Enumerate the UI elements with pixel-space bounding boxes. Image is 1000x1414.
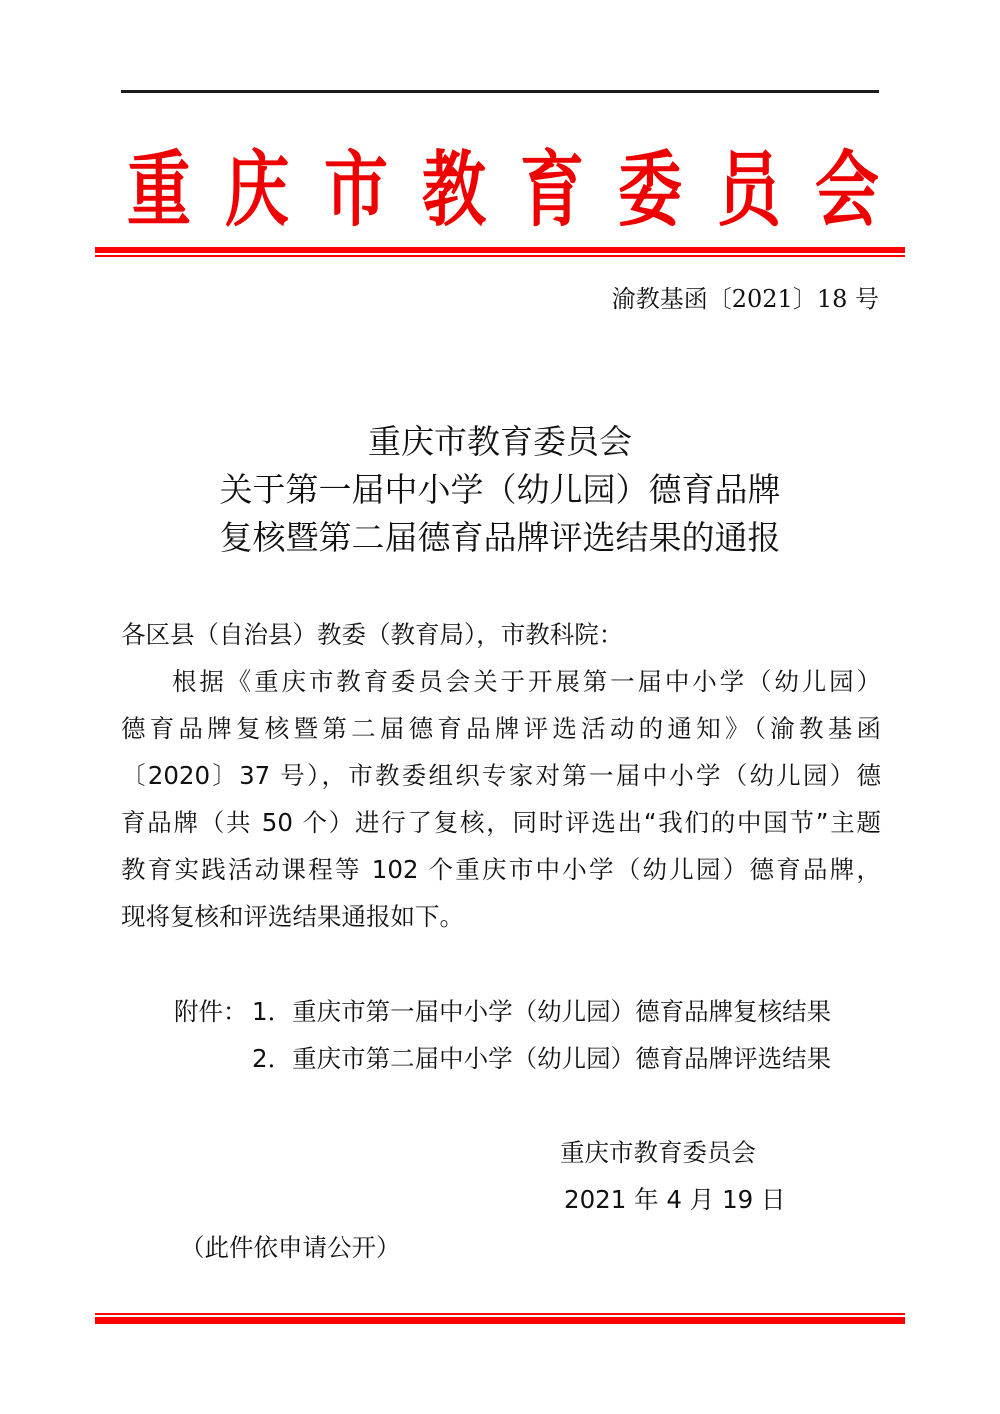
- masthead-char: 市: [324, 140, 388, 240]
- body-line: 教育实践活动课程等 102 个重庆市中小学（幼儿园）德育品牌，: [121, 853, 881, 887]
- title-line-3: 复核暨第二届德育品牌评选结果的通报: [0, 516, 1000, 560]
- body-line: 〔2020〕37 号），市教委组织专家对第一届中小学（幼儿园）德: [121, 759, 881, 793]
- top-divider: [121, 90, 879, 93]
- footer-red-rule-thick: [95, 1317, 905, 1324]
- salutation: 各区县（自治县）教委（教育局），市教科院：: [121, 618, 881, 652]
- body-line: 现将复核和评选结果通报如下。: [121, 900, 881, 934]
- masthead-char: 育: [520, 140, 584, 240]
- masthead-red-rule-thin: [95, 255, 905, 257]
- attachment-item-2: 2．重庆市第二届中小学（幼儿园）德育品牌评选结果: [252, 1042, 831, 1076]
- title-line-1: 重庆市教育委员会: [0, 420, 1000, 464]
- masthead-char: 庆: [225, 140, 289, 240]
- masthead-char: 会: [815, 140, 879, 240]
- masthead-char: 员: [717, 140, 781, 240]
- issue-date: 2021 年 4 月 19 日: [564, 1183, 786, 1217]
- body-line: 育品牌（共 50 个）进行了复核，同时评选出“我们的中国节”主题: [121, 806, 881, 840]
- masthead-char: 教: [422, 140, 486, 240]
- title-line-2: 关于第一届中小学（幼儿园）德育品牌: [0, 468, 1000, 512]
- body-line: 德育品牌复核暨第二届德育品牌评选活动的通知》（渝教基函: [121, 712, 881, 746]
- attachment-item-1: 1．重庆市第一届中小学（幼儿园）德育品牌复核结果: [252, 995, 831, 1029]
- masthead-char: 重: [127, 140, 191, 240]
- issuer-signature: 重庆市教育委员会: [560, 1136, 756, 1170]
- masthead-char: 委: [618, 140, 682, 240]
- footer-red-rule-thin: [95, 1313, 905, 1315]
- disclosure-note: （此件依申请公开）: [180, 1231, 401, 1265]
- masthead: 重 庆 市 教 育 委 员 会: [118, 140, 888, 240]
- body-line: 根据《重庆市教育委员会关于开展第一届中小学（幼儿园）: [172, 665, 881, 699]
- attachments-label: 附件：: [174, 995, 248, 1029]
- document-number: 渝教基函〔2021〕18 号: [612, 283, 879, 315]
- masthead-red-rule-thick: [95, 247, 905, 253]
